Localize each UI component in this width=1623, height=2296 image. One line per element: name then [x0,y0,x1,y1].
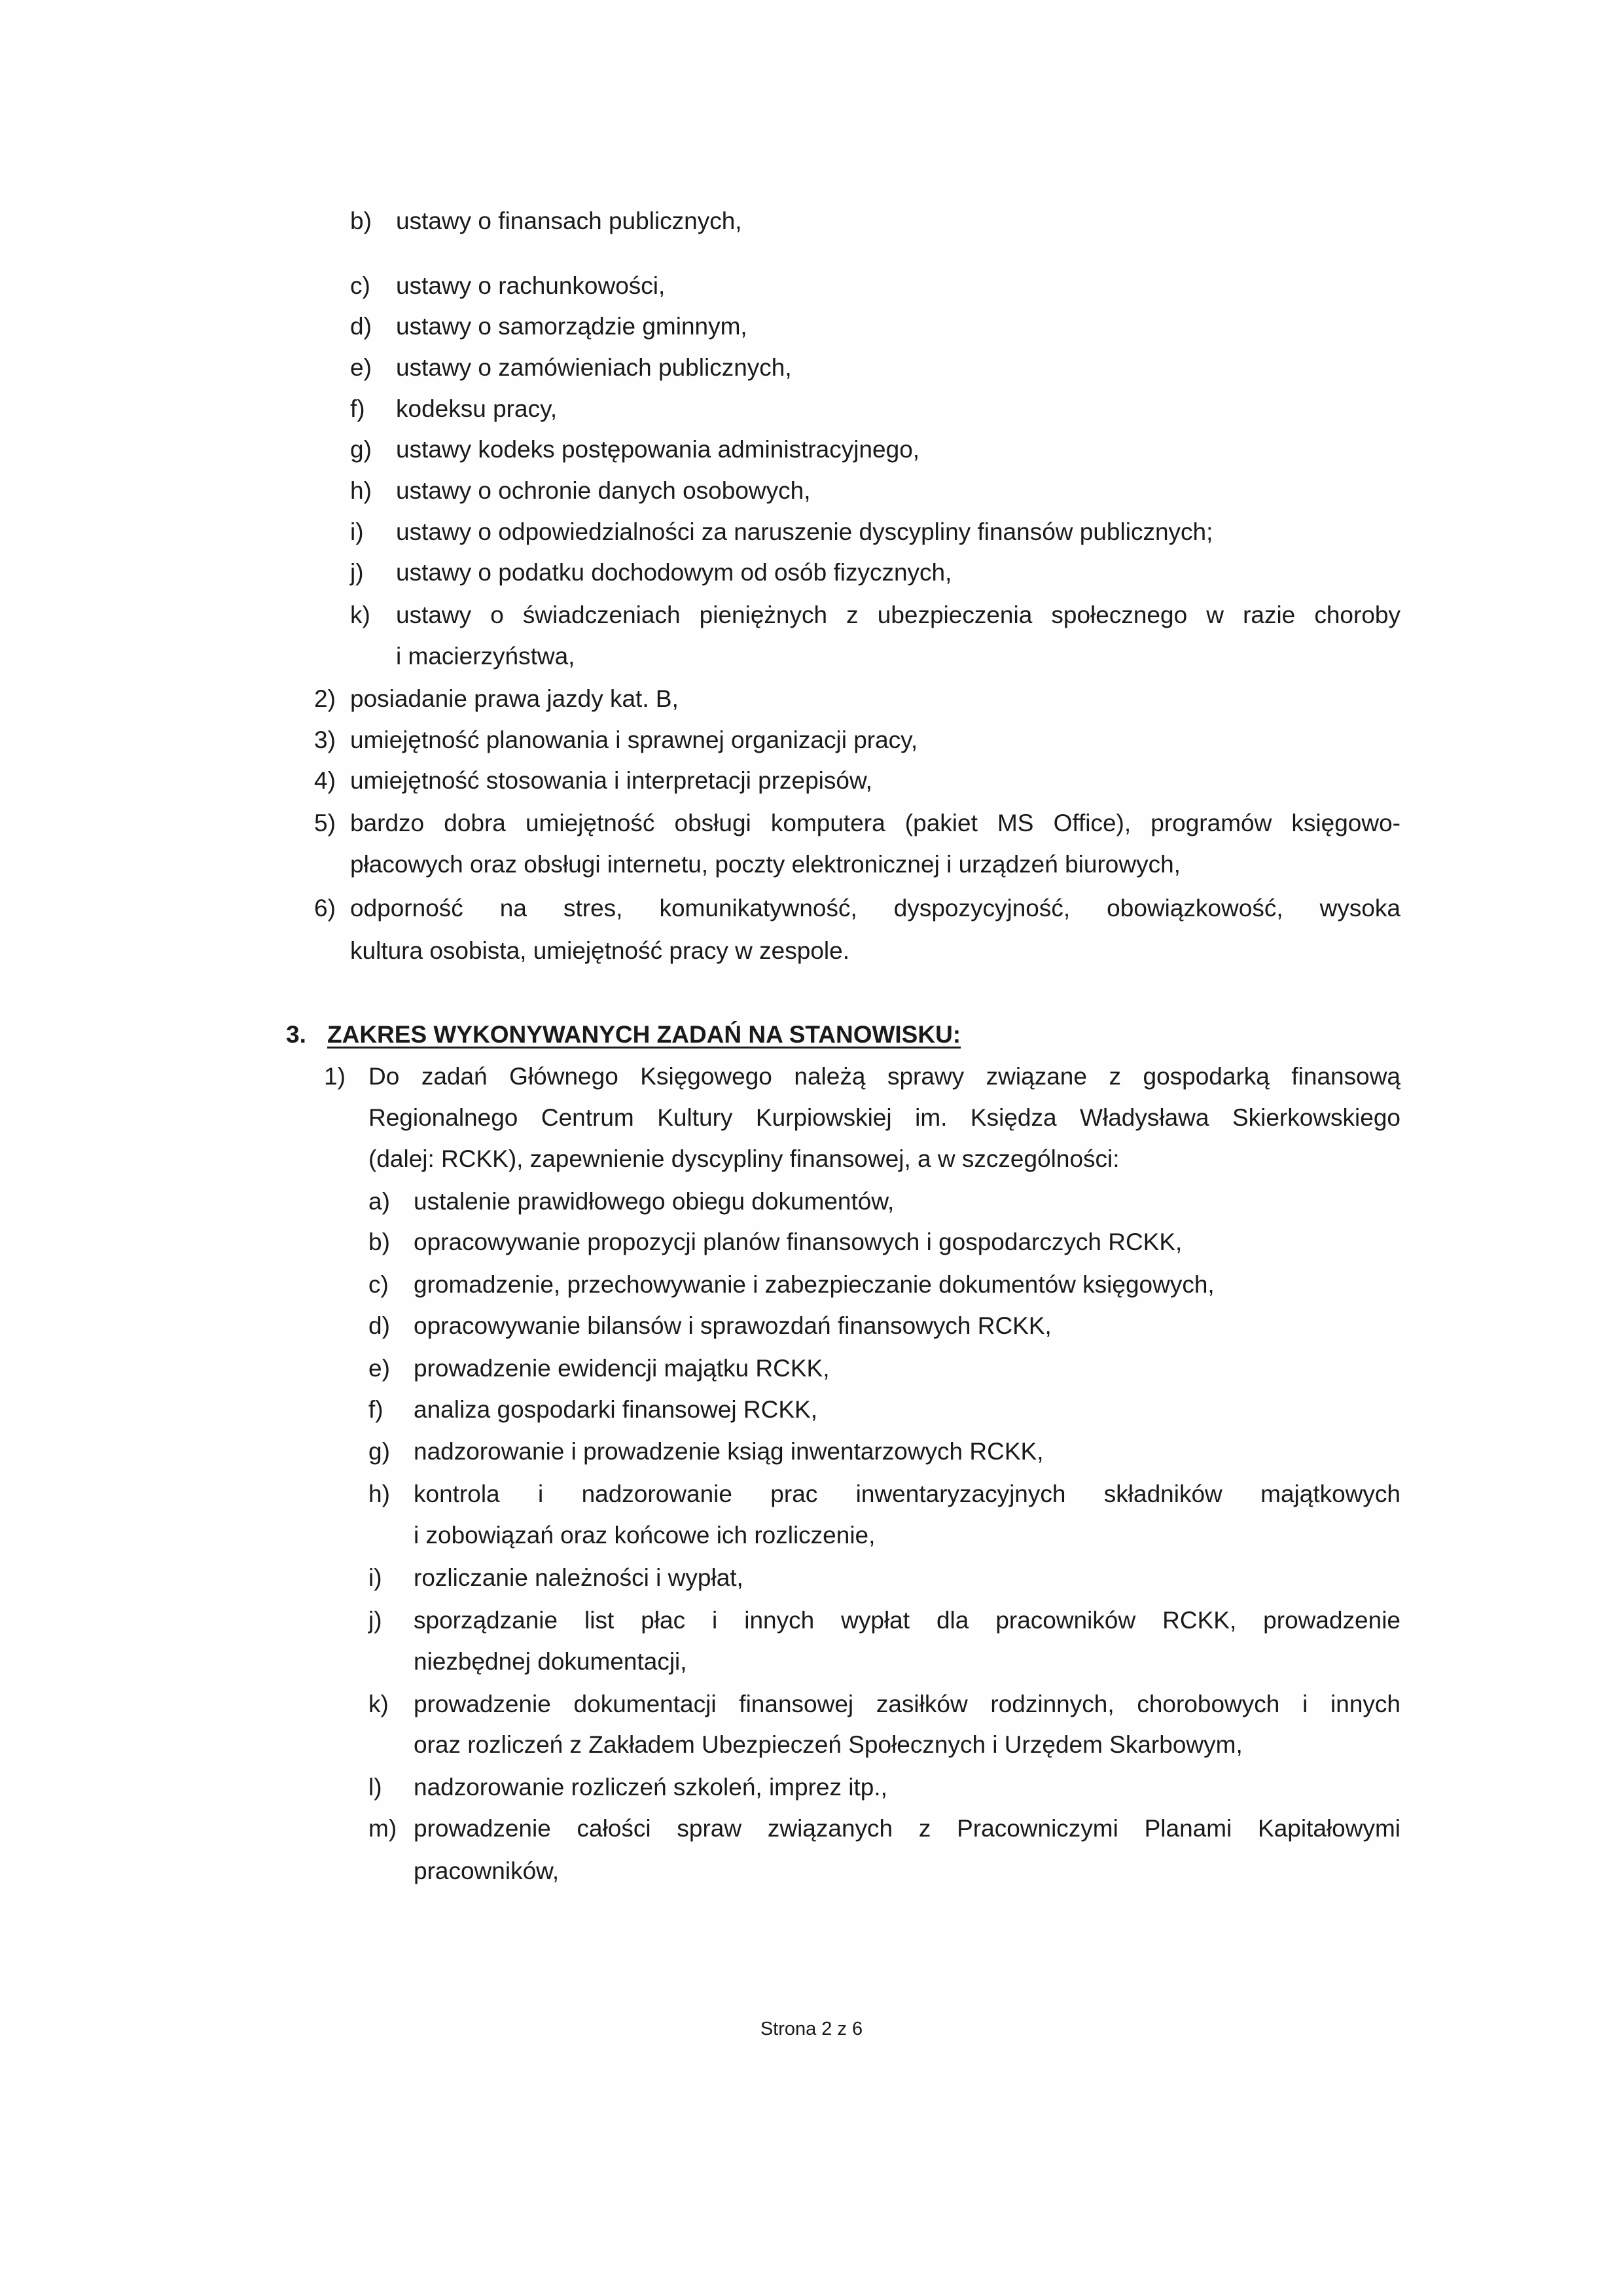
law-list-item: e)ustawy o zamówieniach publicznych, [0,348,1623,387]
task-list-item: l)nadzorowanie rozliczeń szkoleń, imprez… [0,1768,1623,1807]
list-marker: f) [350,389,365,429]
task-list-item: b)opracowywanie propozycji planów finans… [0,1223,1623,1262]
line-text: umiejętność stosowania i interpretacji p… [350,761,872,800]
line-text: ustawy o zamówieniach publicznych, [396,348,792,387]
law-list-item: h)ustawy o ochronie danych osobowych, [0,471,1623,511]
task-list-item: k)prowadzenie dokumentacji finansowej za… [0,1685,1623,1724]
list-marker: d) [350,307,372,346]
list-marker: h) [368,1475,390,1514]
line-text: prowadzenie dokumentacji finansowej zasi… [414,1685,1400,1724]
list-marker: b) [350,202,372,241]
list-marker: i) [350,512,364,552]
list-marker: 5) [314,804,336,843]
line-text: bardzo dobra umiejętność obsługi kompute… [350,804,1400,843]
task-list-item: e)prowadzenie ewidencji majątku RCKK, [0,1349,1623,1388]
line-text: umiejętność planowania i sprawnej organi… [350,721,918,760]
line-text: ustawy o świadczeniach pieniężnych z ube… [396,596,1400,635]
list-marker: l) [368,1768,382,1807]
line-text: ustawy kodeks postępowania administracyj… [396,430,919,469]
page-number: Strona 2 z 6 [0,2017,1623,2041]
line-text: ustawy o rachunkowości, [396,266,665,306]
list-marker: 3) [314,721,336,760]
line-text: (dalej: RCKK), zapewnienie dyscypliny fi… [368,1139,1120,1179]
task-list-item-continuation: oraz rozliczeń z Zakładem Ubezpieczeń Sp… [0,1725,1623,1765]
task-list-item: j)sporządzanie list płac i innych wypłat… [0,1601,1623,1640]
line-text: ustawy o finansach publicznych, [396,202,742,241]
line-text: kontrola i nadzorowanie prac inwentaryza… [414,1475,1400,1514]
list-marker: f) [368,1390,383,1429]
line-text: nadzorowanie rozliczeń szkoleń, imprez i… [414,1768,887,1807]
line-text: sporządzanie list płac i innych wypłat d… [414,1601,1400,1640]
law-list-item: d)ustawy o samorządzie gminnym, [0,307,1623,346]
line-text: niezbędnej dokumentacji, [414,1642,687,1681]
list-marker: g) [368,1432,390,1471]
line-text: Regionalnego Centrum Kultury Kurpiowskie… [368,1098,1400,1138]
line-text: odporność na stres, komunikatywność, dys… [350,889,1400,928]
task-list-item: f)analiza gospodarki finansowej RCKK, [0,1390,1623,1429]
list-marker: b) [368,1223,390,1262]
line-text: opracowywanie bilansów i sprawozdań fina… [414,1306,1052,1346]
requirement-item: 6)odporność na stres, komunikatywność, d… [0,889,1623,928]
line-text: kultura osobista, umiejętność pracy w ze… [350,931,849,971]
list-marker: j) [350,553,364,592]
line-text: posiadanie prawa jazdy kat. B, [350,679,679,719]
list-marker: g) [350,430,372,469]
line-text: oraz rozliczeń z Zakładem Ubezpieczeń Sp… [414,1725,1243,1765]
requirement-item-continuation: płacowych oraz obsługi internetu, poczty… [0,845,1623,884]
task-list-item: i)rozliczanie należności i wypłat, [0,1558,1623,1598]
line-text: kodeksu pracy, [396,389,557,429]
line-text: pracowników, [414,1852,559,1891]
task-list-item: a)ustalenie prawidłowego obiegu dokument… [0,1182,1623,1221]
list-marker: j) [368,1601,382,1640]
list-marker: k) [368,1685,389,1724]
section-intro-line: (dalej: RCKK), zapewnienie dyscypliny fi… [0,1139,1623,1179]
task-list-item: m)prowadzenie całości spraw związanych z… [0,1809,1623,1848]
list-marker: e) [350,348,372,387]
law-list-item: b)ustawy o finansach publicznych, [0,202,1623,241]
line-text: opracowywanie propozycji planów finansow… [414,1223,1182,1262]
line-text: i macierzyństwa, [396,637,575,676]
line-text: Do zadań Głównego Księgowego należą spra… [368,1057,1400,1096]
line-text: i zobowiązań oraz końcowe ich rozliczeni… [414,1516,875,1555]
requirement-item: 2)posiadanie prawa jazdy kat. B, [0,679,1623,719]
list-marker: a) [368,1182,390,1221]
task-list-item: h)kontrola i nadzorowanie prac inwentary… [0,1475,1623,1514]
line-text: analiza gospodarki finansowej RCKK, [414,1390,817,1429]
list-marker: d) [368,1306,390,1346]
document-page: b)ustawy o finansach publicznych,c)ustaw… [0,0,1623,2296]
law-list-item: g)ustawy kodeks postępowania administrac… [0,430,1623,469]
law-list-item-continuation: i macierzyństwa, [0,637,1623,676]
line-text: rozliczanie należności i wypłat, [414,1558,743,1598]
line-text: ustalenie prawidłowego obiegu dokumentów… [414,1182,894,1221]
list-marker: i) [368,1558,382,1598]
list-marker: h) [350,471,372,511]
list-marker: 4) [314,761,336,800]
line-text: nadzorowanie i prowadzenie ksiąg inwenta… [414,1432,1044,1471]
line-text: gromadzenie, przechowywanie i zabezpiecz… [414,1265,1215,1304]
list-marker: 1) [324,1057,346,1096]
line-text: prowadzenie ewidencji majątku RCKK, [414,1349,829,1388]
list-marker: k) [350,596,370,635]
line-text: ustawy o samorządzie gminnym, [396,307,747,346]
task-list-item-continuation: niezbędnej dokumentacji, [0,1642,1623,1681]
law-list-item: c)ustawy o rachunkowości, [0,266,1623,306]
line-text: ZAKRES WYKONYWANYCH ZADAŃ NA STANOWISKU: [327,1015,961,1054]
task-list-item: d)opracowywanie bilansów i sprawozdań fi… [0,1306,1623,1346]
law-list-item: f)kodeksu pracy, [0,389,1623,429]
line-text: ustawy o podatku dochodowym od osób fizy… [396,553,952,592]
task-list-item-continuation: i zobowiązań oraz końcowe ich rozliczeni… [0,1516,1623,1555]
line-text: prowadzenie całości spraw związanych z P… [414,1809,1400,1848]
section-intro-line: Regionalnego Centrum Kultury Kurpiowskie… [0,1098,1623,1138]
task-list-item: g)nadzorowanie i prowadzenie ksiąg inwen… [0,1432,1623,1471]
requirement-item-continuation: kultura osobista, umiejętność pracy w ze… [0,931,1623,971]
list-marker: c) [350,266,370,306]
law-list-item: j)ustawy o podatku dochodowym od osób fi… [0,553,1623,592]
line-text: płacowych oraz obsługi internetu, poczty… [350,845,1181,884]
line-text: ustawy o ochronie danych osobowych, [396,471,810,511]
line-text: ustawy o odpowiedzialności za naruszenie… [396,512,1213,552]
section-heading: 3.ZAKRES WYKONYWANYCH ZADAŃ NA STANOWISK… [0,1015,1623,1054]
list-marker: e) [368,1349,390,1388]
list-marker: c) [368,1265,389,1304]
list-marker: 6) [314,889,336,928]
task-list-item-continuation: pracowników, [0,1852,1623,1891]
requirement-item: 3)umiejętność planowania i sprawnej orga… [0,721,1623,760]
requirement-item: 5)bardzo dobra umiejętność obsługi kompu… [0,804,1623,843]
list-marker: m) [368,1809,397,1848]
task-list-item: c)gromadzenie, przechowywanie i zabezpie… [0,1265,1623,1304]
list-marker: 3. [286,1015,306,1054]
section-intro-line: 1)Do zadań Głównego Księgowego należą sp… [0,1057,1623,1096]
law-list-item: k)ustawy o świadczeniach pieniężnych z u… [0,596,1623,635]
requirement-item: 4)umiejętność stosowania i interpretacji… [0,761,1623,800]
law-list-item: i)ustawy o odpowiedzialności za naruszen… [0,512,1623,552]
list-marker: 2) [314,679,336,719]
